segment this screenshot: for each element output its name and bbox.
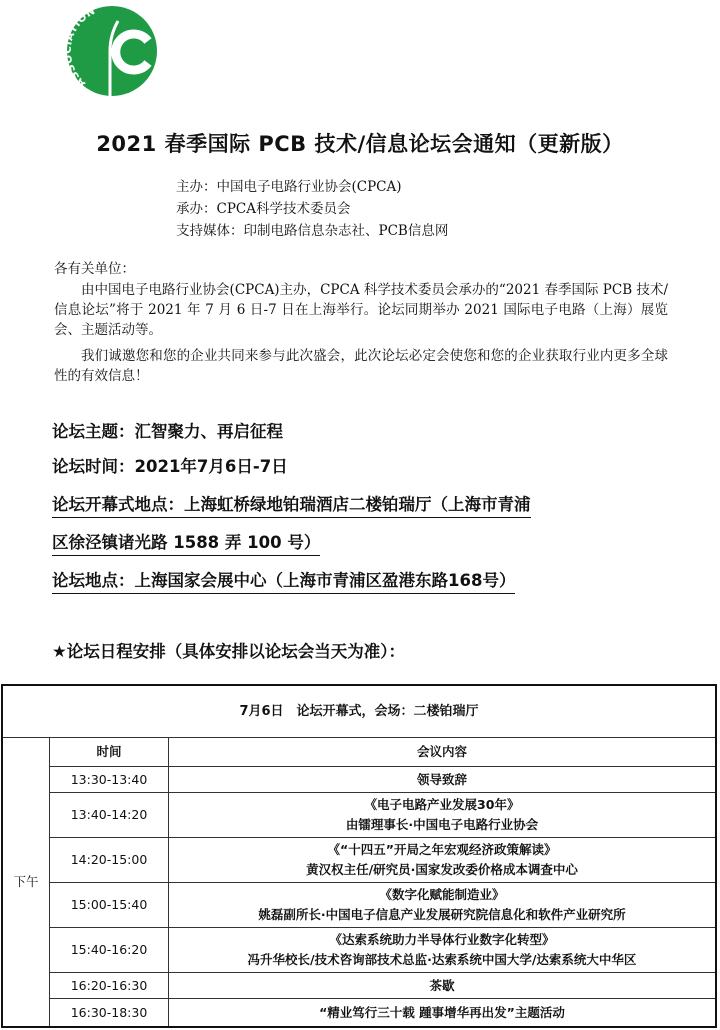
table-row: 16:20-16:30 茶歇 [2,973,716,999]
session-speaker: 由镭理事长·中国电子电路行业协会 [169,815,715,835]
schedule-table: 7月6日 论坛开幕式，会场：二楼铂瑞厅 下午 时间 会议内容 13:30-13:… [1,684,717,1028]
session-time: 15:00-15:40 [50,883,169,928]
session-time: 13:40-14:20 [50,793,169,838]
session-time: 16:20-16:30 [50,973,169,999]
opening-venue-line-1: 论坛开幕式地点：上海虹桥绿地铂瑞酒店二楼铂瑞厅（上海市青浦 [52,495,531,518]
page-title: 2021 春季国际 PCB 技术/信息论坛会通知（更新版） [0,128,720,158]
forum-venue: 论坛地点：上海国家会展中心（上海市青浦区盈港东路168号） [52,571,515,594]
session-time: 13:30-13:40 [50,767,169,793]
session-title: 《“十四五”开局之年宏观经济政策解读》 [169,840,715,860]
organizer-media: 支持媒体：印制电路信息杂志社、PCB信息网 [176,222,448,240]
session-content: “精业笃行三十载 踵事增华再出发”主题活动 [169,999,717,1028]
day-header: 7月6日 论坛开幕式，会场：二楼铂瑞厅 [2,685,716,738]
session-time: 14:20-15:00 [50,838,169,883]
session-time: 15:40-16:20 [50,928,169,973]
table-row: 15:00-15:40 《数字化赋能制造业》 姚磊副所长·中国电子信息产业发展研… [2,883,716,928]
cpca-association-logo: ASSOCIATION [66,5,158,97]
table-row: 16:30-18:30 “精业笃行三十载 踵事增华再出发”主题活动 [2,999,716,1028]
letter-paragraph-1: 由中国电子电路行业协会(CPCA)主办，CPCA 科学技术委员会承办的“2021… [54,280,668,340]
organizer-host: 主办：中国电子电路行业协会(CPCA) [176,178,402,196]
letter-salutation: 各有关单位： [54,259,668,279]
period-label: 下午 [2,738,50,1028]
column-header-time: 时间 [50,738,169,767]
letter-paragraph-2: 我们诚邀您和您的企业共同来参与此次盛会，此次论坛必定会使您和您的企业获取行业内更… [54,346,668,386]
session-title: 《数字化赋能制造业》 [169,885,715,905]
table-row: 13:30-13:40 领导致辞 [2,767,716,793]
session-title: 《电子电路产业发展30年》 [169,795,715,815]
table-row: 14:20-15:00 《“十四五”开局之年宏观经济政策解读》 黄汉权主任/研究… [2,838,716,883]
opening-venue-line-2: 区徐泾镇诸光路 1588 弄 100 号） [52,533,320,556]
session-time: 16:30-18:30 [50,999,169,1028]
table-row: 15:40-16:20 《达索系统助力半导体行业数字化转型》 冯升华校长/技术咨… [2,928,716,973]
session-title: 《达索系统助力半导体行业数字化转型》 [169,930,715,950]
session-speaker: 黄汉权主任/研究员·国家发改委价格成本调查中心 [169,860,715,880]
organizer-undertaker: 承办：CPCA科学技术委员会 [176,200,351,218]
session-content: 领导致辞 [169,767,717,793]
forum-time: 论坛时间：2021年7月6日-7日 [52,456,288,478]
schedule-heading: ★论坛日程安排（具体安排以论坛会当天为准）： [52,638,405,662]
session-speaker: 姚磊副所长·中国电子信息产业发展研究院信息化和软件产业研究所 [169,905,715,925]
table-row: 13:40-14:20 《电子电路产业发展30年》 由镭理事长·中国电子电路行业… [2,793,716,838]
session-content: 茶歇 [169,973,717,999]
session-speaker: 冯升华校长/技术咨询部技术总监·达索系统中国大学/达索系统大中华区 [169,950,715,970]
forum-theme: 论坛主题：汇智聚力、再启征程 [52,421,283,443]
column-header-content: 会议内容 [169,738,717,767]
